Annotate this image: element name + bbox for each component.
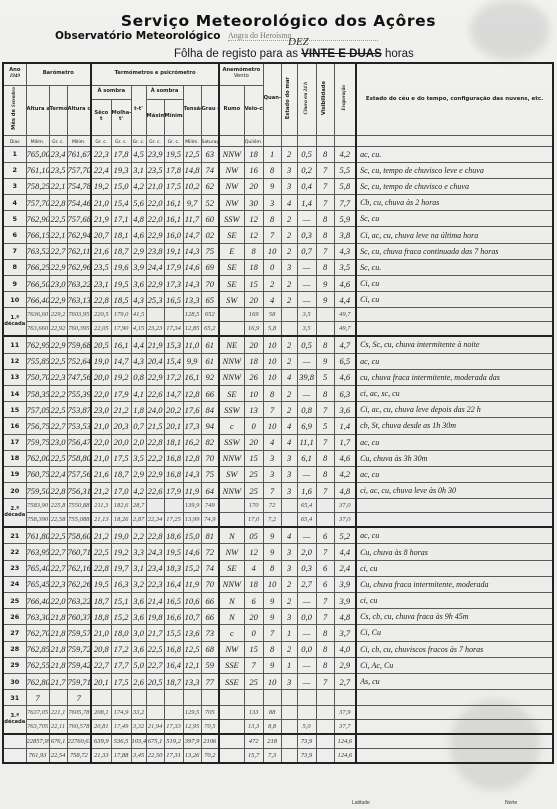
cell-pc: 757,70 bbox=[67, 162, 91, 178]
cell-v bbox=[244, 690, 263, 706]
cell-n: 8 bbox=[263, 641, 281, 657]
cell-tw: 19,6 bbox=[111, 259, 131, 275]
cell-ev: 3,9 bbox=[334, 593, 356, 609]
cell-n: 8 bbox=[263, 385, 281, 401]
table-row: 29762,5521,8759,4222,717,75,022,716,412,… bbox=[3, 657, 553, 673]
cell-dir: SE bbox=[219, 560, 244, 576]
cell-v: 0 bbox=[244, 418, 263, 434]
table-row: 19760,7522,4757,5621,618,72,922,916,814,… bbox=[3, 466, 553, 482]
decade-mn: 17,34 bbox=[164, 322, 183, 337]
cell-mn: 16,1 bbox=[164, 211, 183, 227]
cell-mx: 22,9 bbox=[146, 227, 164, 243]
unit-cell: Gr. c. bbox=[146, 135, 164, 146]
day-number: 7 bbox=[3, 243, 26, 259]
cell-ta: 22,8 bbox=[49, 195, 67, 211]
decade-ta: 229,2 bbox=[49, 308, 67, 322]
cell-sea: 2 bbox=[281, 402, 297, 418]
cell-ta: 22,7 bbox=[49, 560, 67, 576]
decade-dt: 2,87 bbox=[131, 513, 146, 528]
cell-sea: 4 bbox=[281, 527, 297, 544]
cell-u: 77 bbox=[201, 673, 219, 689]
cell-ta: 22,7 bbox=[49, 418, 67, 434]
cell-mn: 16,4 bbox=[164, 657, 183, 673]
decade-e: 12,95 bbox=[183, 720, 201, 735]
total-ta: 676,1 bbox=[49, 734, 67, 749]
decade-e: 13,99 bbox=[183, 513, 201, 528]
day-number: 19 bbox=[3, 466, 26, 482]
cell-ta: 23,5 bbox=[49, 162, 67, 178]
decade-sky bbox=[356, 308, 553, 322]
cell-ta: 21,7 bbox=[49, 673, 67, 689]
cell-e: 9,9 bbox=[183, 353, 201, 369]
table-row: 2761,1023,5757,7022,419,33,123,517,814,8… bbox=[3, 162, 553, 178]
total-v: 15,7 bbox=[244, 749, 263, 764]
cell-pc: 753,87 bbox=[67, 402, 91, 418]
cell-dt: 3,9 bbox=[131, 259, 146, 275]
cell-dir: N bbox=[219, 593, 244, 609]
cell-e: 10,6 bbox=[183, 593, 201, 609]
cell-sea: 2 bbox=[281, 243, 297, 259]
decade-u: 652 bbox=[201, 308, 219, 322]
day-number: 15 bbox=[3, 402, 26, 418]
cell-dt: 4,1 bbox=[131, 385, 146, 401]
cell-rain: — bbox=[297, 625, 316, 641]
decade-label: 2.ª década bbox=[3, 499, 26, 528]
cell-sea: 3 bbox=[281, 560, 297, 576]
table-row: 26763,3021,8760,3718,815,23,619,816,610,… bbox=[3, 609, 553, 625]
cell-mx: 22,7 bbox=[146, 657, 164, 673]
cell-mn: 18,1 bbox=[164, 434, 183, 450]
cell-pc: 762,96 bbox=[67, 259, 91, 275]
cell-t: 22,8 bbox=[91, 292, 111, 308]
decade-t: 21,13 bbox=[91, 513, 111, 528]
table-row: 6766,1522,1762,9420,718,14,622,916,014,7… bbox=[3, 227, 553, 243]
cell-e: 17,3 bbox=[183, 418, 201, 434]
cell-tw: 20,0 bbox=[111, 434, 131, 450]
cell-tw: 19,0 bbox=[111, 527, 131, 544]
cell-t: 20,7 bbox=[91, 227, 111, 243]
cell-ta: 22,4 bbox=[49, 466, 67, 482]
cell-sea: 2 bbox=[281, 593, 297, 609]
cell-rain: 0,2 bbox=[297, 162, 316, 178]
decade-n: 7,2 bbox=[263, 513, 281, 528]
cell-ta: 21,8 bbox=[49, 641, 67, 657]
cell-mx: 22,2 bbox=[146, 450, 164, 466]
cell-t: 21,9 bbox=[91, 211, 111, 227]
day-number: 13 bbox=[3, 369, 26, 385]
decade-rain: 3,5 bbox=[297, 308, 316, 322]
cell-sky: ci, ac, cu, chuva leve às 0h 30 bbox=[356, 483, 553, 499]
total-sea bbox=[281, 734, 297, 749]
cell-rain: 0,3 bbox=[297, 560, 316, 576]
cell-t: 20,0 bbox=[91, 369, 111, 385]
cell-tw: 17,5 bbox=[111, 450, 131, 466]
cell-dir: NW bbox=[219, 162, 244, 178]
decade-n: 72 bbox=[263, 499, 281, 513]
cell-v: 16 bbox=[244, 162, 263, 178]
shade-header-2: À sombra bbox=[146, 85, 183, 99]
cell-vis: 7 bbox=[316, 402, 334, 418]
table-row: 3758,2522,1754,7819,215,04,221,017,510,2… bbox=[3, 178, 553, 194]
cell-p: 762,85 bbox=[26, 641, 49, 657]
cell-dt: 3,6 bbox=[131, 593, 146, 609]
decade-t: 20,81 bbox=[91, 720, 111, 735]
decade-v: 13,3 bbox=[244, 720, 263, 735]
cell-sky: ac, cu bbox=[356, 466, 553, 482]
cell-n: 0 bbox=[263, 259, 281, 275]
cell-t bbox=[91, 690, 111, 706]
cell-u: 74 bbox=[201, 560, 219, 576]
cell-n: 10 bbox=[263, 243, 281, 259]
cell-t: 23,5 bbox=[91, 259, 111, 275]
total-dt: 3,45 bbox=[131, 749, 146, 764]
decade-u: 70,5 bbox=[201, 720, 219, 735]
cell-sky: Ci, cu bbox=[356, 276, 553, 292]
cell-ev: 5,5 bbox=[334, 162, 356, 178]
cell-mx: 23,5 bbox=[146, 162, 164, 178]
decade-sky bbox=[356, 720, 553, 735]
cell-dt: 5,0 bbox=[131, 657, 146, 673]
cell-v: 18 bbox=[244, 259, 263, 275]
cell-ev: 2,7 bbox=[334, 673, 356, 689]
cell-pc: 762,94 bbox=[67, 227, 91, 243]
unit-cell: Gr. c. bbox=[111, 135, 131, 146]
cell-v: 30 bbox=[244, 195, 263, 211]
cell-rain: — bbox=[297, 292, 316, 308]
unit-cell: Milím. bbox=[67, 135, 91, 146]
table-row: 27762,7021,8759,5721,018,03,021,715,513,… bbox=[3, 625, 553, 641]
wind-direction-header: Rumo bbox=[219, 85, 244, 135]
cell-u: 60 bbox=[201, 211, 219, 227]
decade-e: 139,9 bbox=[183, 499, 201, 513]
cell-tw: 17,8 bbox=[111, 146, 131, 162]
cell-sky: cu, chuva fraca intermitente, moderada d… bbox=[356, 369, 553, 385]
day-number: 1 bbox=[3, 146, 26, 162]
cell-p: 763,30 bbox=[26, 609, 49, 625]
day-number: 21 bbox=[3, 527, 26, 544]
cell-sea: 2 bbox=[281, 227, 297, 243]
cell-dt: 4,8 bbox=[131, 211, 146, 227]
cell-v: 4 bbox=[244, 560, 263, 576]
total-tw: 17,88 bbox=[111, 749, 131, 764]
table-row: 16756,7522,7753,5321,020,30,721,520,117,… bbox=[3, 418, 553, 434]
cell-pc: 757,68 bbox=[67, 211, 91, 227]
cell-sea: 3 bbox=[281, 162, 297, 178]
cell-e: 13,3 bbox=[183, 673, 201, 689]
decade-e: 128,5 bbox=[183, 308, 201, 322]
cell-n: 8 bbox=[263, 560, 281, 576]
cell-vis: 7 bbox=[316, 593, 334, 609]
cell-vis: 8 bbox=[316, 259, 334, 275]
total-rain: 73,9 bbox=[297, 734, 316, 749]
evaporation-header: Evaporação bbox=[334, 63, 356, 135]
total-rain: 73,9 bbox=[297, 749, 316, 764]
cell-e: 16,2 bbox=[183, 434, 201, 450]
cell-rain: 1,4 bbox=[297, 195, 316, 211]
cell-vis: 7 bbox=[316, 162, 334, 178]
day-number: 10 bbox=[3, 292, 26, 308]
cell-t: 20,1 bbox=[91, 673, 111, 689]
unit-cell bbox=[356, 135, 553, 146]
cell-sky: Sc, cu bbox=[356, 211, 553, 227]
cell-vis: 8 bbox=[316, 450, 334, 466]
cell-ta: 22,9 bbox=[49, 292, 67, 308]
decade-mn: 17,33 bbox=[164, 720, 183, 735]
cell-u: 73 bbox=[201, 625, 219, 641]
cell-mx: 22,6 bbox=[146, 385, 164, 401]
cell-p: 755,85 bbox=[26, 353, 49, 369]
decade-ev: 37,9 bbox=[334, 706, 356, 720]
cell-t: 21,0 bbox=[91, 625, 111, 641]
cell-e: 11,0 bbox=[183, 336, 201, 353]
cell-p: 766,50 bbox=[26, 276, 49, 292]
cell-mn: 15,3 bbox=[164, 336, 183, 353]
cell-v: 25 bbox=[244, 466, 263, 482]
cell-rain: — bbox=[297, 259, 316, 275]
cell-u: 65 bbox=[201, 292, 219, 308]
max-abs-header: Máxima absolu-ta bbox=[146, 99, 164, 135]
decade-label: 1.ª década bbox=[3, 308, 26, 337]
stain bbox=[470, 0, 550, 60]
dry-bulb-header: Sêcot bbox=[91, 99, 111, 135]
decade-dir bbox=[219, 706, 244, 720]
cell-sky: Cu, chuva às 8 horas bbox=[356, 544, 553, 560]
cell-ev: 6,5 bbox=[334, 353, 356, 369]
cell-vis: 9 bbox=[316, 292, 334, 308]
cell-mn: 15,4 bbox=[164, 353, 183, 369]
cell-p: 7 bbox=[26, 690, 49, 706]
cell-e: 11,9 bbox=[183, 576, 201, 592]
cell-ev: 4,4 bbox=[334, 544, 356, 560]
observation-table: Ano1949 Barómetro Termómetros e psicróme… bbox=[2, 62, 554, 764]
cell-tw: 21,2 bbox=[111, 402, 131, 418]
cell-ta: 22,3 bbox=[49, 576, 67, 592]
cell-sky: Ci, ac, cu, chuva leve na última hora bbox=[356, 227, 553, 243]
cell-n: 9 bbox=[263, 657, 281, 673]
decade-ta: 22,11 bbox=[49, 720, 67, 735]
cell-v: 20 bbox=[244, 336, 263, 353]
day-number: 8 bbox=[3, 259, 26, 275]
total-mn: 519,2 bbox=[164, 734, 183, 749]
cell-p: 750,70 bbox=[26, 369, 49, 385]
day-number: 25 bbox=[3, 593, 26, 609]
cell-n: 7 bbox=[263, 402, 281, 418]
cell-dt: 0,8 bbox=[131, 369, 146, 385]
cell-dir: NE bbox=[219, 336, 244, 353]
decade-p: 7583,90 bbox=[26, 499, 49, 513]
cell-dt: 4,2 bbox=[131, 178, 146, 194]
decade-tw: 18,26 bbox=[111, 513, 131, 528]
cell-e: 14,8 bbox=[183, 162, 201, 178]
cell-ta: 22,3 bbox=[49, 369, 67, 385]
cell-e: 16,1 bbox=[183, 369, 201, 385]
cell-pc: 763,13 bbox=[67, 292, 91, 308]
cell-mn: 18,7 bbox=[164, 673, 183, 689]
cell-rain: 0,5 bbox=[297, 336, 316, 353]
cell-vis: 8 bbox=[316, 625, 334, 641]
unit-cell bbox=[297, 135, 316, 146]
cell-sky: Cu, chuva às 3h 30m bbox=[356, 450, 553, 466]
cell-e: 12,5 bbox=[183, 146, 201, 162]
day-number: 12 bbox=[3, 353, 26, 369]
day-number: 24 bbox=[3, 576, 26, 592]
cell-ev: 3,8 bbox=[334, 227, 356, 243]
cell-ta: 21,8 bbox=[49, 609, 67, 625]
cell-rain: 1,6 bbox=[297, 483, 316, 499]
cell-n: 10 bbox=[263, 576, 281, 592]
cell-e: 12,8 bbox=[183, 385, 201, 401]
shade-header-1: À sombra bbox=[91, 85, 131, 99]
cell-u bbox=[201, 690, 219, 706]
cell-vis: 7 bbox=[316, 195, 334, 211]
decade-u: 705 bbox=[201, 706, 219, 720]
cell-vis: 7 bbox=[316, 544, 334, 560]
cell-t: 22,5 bbox=[91, 544, 111, 560]
cell-dir: SSW bbox=[219, 434, 244, 450]
cell-v: 15 bbox=[244, 641, 263, 657]
cell-n: 10 bbox=[263, 336, 281, 353]
decade-pc: 7550,88 bbox=[67, 499, 91, 513]
cell-sea: 2 bbox=[281, 276, 297, 292]
table-row: 11762,9522,9759,6820,516,14,421,915,311,… bbox=[3, 336, 553, 353]
total-label bbox=[3, 749, 26, 764]
cell-t: 22,4 bbox=[91, 162, 111, 178]
cell-ev: 4,0 bbox=[334, 641, 356, 657]
cell-dt: 4,3 bbox=[131, 353, 146, 369]
cell-tw: 17,9 bbox=[111, 385, 131, 401]
cell-p: 758,25 bbox=[26, 178, 49, 194]
cell-mn: 16,6 bbox=[164, 609, 183, 625]
cell-dir: NNW bbox=[219, 369, 244, 385]
cell-mn: 17,9 bbox=[164, 259, 183, 275]
cell-mx: 21,0 bbox=[146, 178, 164, 194]
cell-e: 13,3 bbox=[183, 292, 201, 308]
cell-tw: 19,3 bbox=[111, 162, 131, 178]
sheet-prefix: Fôlha de registo para as bbox=[174, 48, 298, 60]
cell-mx: 22,6 bbox=[146, 483, 164, 499]
cell-v: 12 bbox=[244, 211, 263, 227]
cell-ta: 22,7 bbox=[49, 243, 67, 259]
cell-p: 761,80 bbox=[26, 527, 49, 544]
cell-pc: 753,53 bbox=[67, 418, 91, 434]
cell-v: 10 bbox=[244, 385, 263, 401]
cell-vis bbox=[316, 690, 334, 706]
cell-dir: SSE bbox=[219, 657, 244, 673]
total-sky bbox=[356, 734, 553, 749]
cell-dir: NNW bbox=[219, 146, 244, 162]
cell-vis: 7 bbox=[316, 673, 334, 689]
decade-p: 763,705 bbox=[26, 720, 49, 735]
decade-ta: 22,92 bbox=[49, 322, 67, 337]
cell-sea: 2 bbox=[281, 211, 297, 227]
latitude-label: Latitude bbox=[352, 800, 370, 806]
cell-mx: 24,4 bbox=[146, 259, 164, 275]
cell-sea: 3 bbox=[281, 673, 297, 689]
cell-sea: 2 bbox=[281, 336, 297, 353]
cell-mx: 21,4 bbox=[146, 593, 164, 609]
total-dt: 103,4 bbox=[131, 734, 146, 749]
cell-rain: — bbox=[297, 673, 316, 689]
decade-row: 3.ª década7637,05221,17605,78208,1174,93… bbox=[3, 706, 553, 720]
decade-ta: 225,8 bbox=[49, 499, 67, 513]
cell-n: 9 bbox=[263, 527, 281, 544]
cell-t: 19,5 bbox=[91, 576, 111, 592]
cell-v: 25 bbox=[244, 483, 263, 499]
unit-cell: Milím. bbox=[26, 135, 49, 146]
cell-pc: 756,31 bbox=[67, 483, 91, 499]
decade-row: 758,39022,58755,08821,1318,262,8722,3417… bbox=[3, 513, 553, 528]
decade-mx bbox=[146, 499, 164, 513]
cell-vis: 8 bbox=[316, 211, 334, 227]
total-label bbox=[3, 734, 26, 749]
cell-rain: — bbox=[297, 211, 316, 227]
cell-pc: 760,71 bbox=[67, 544, 91, 560]
cell-ev: 1,7 bbox=[334, 434, 356, 450]
cell-pc: 759,57 bbox=[67, 625, 91, 641]
month-header: Mês de Setembro bbox=[3, 85, 26, 135]
decade-row: 2.ª década7583,90225,87550,88211,3182,62… bbox=[3, 499, 553, 513]
decade-dir bbox=[219, 513, 244, 528]
cell-t: 20,5 bbox=[91, 336, 111, 353]
cell-mn: 16,1 bbox=[164, 195, 183, 211]
decade-sky bbox=[356, 322, 553, 337]
cell-rain: — bbox=[297, 593, 316, 609]
cell-ev: 5,9 bbox=[334, 211, 356, 227]
cell-ta: 23,0 bbox=[49, 434, 67, 450]
total-t: 639,9 bbox=[91, 734, 111, 749]
decade-pc: 760,578 bbox=[67, 720, 91, 735]
decade-dt: 28,7 bbox=[131, 499, 146, 513]
cell-rain: 0,8 bbox=[297, 402, 316, 418]
cell-dt: 3,1 bbox=[131, 162, 146, 178]
cell-ev: 3,9 bbox=[334, 576, 356, 592]
cell-v: 12 bbox=[244, 544, 263, 560]
cell-rain: — bbox=[297, 466, 316, 482]
total-mx: 675,1 bbox=[146, 734, 164, 749]
cell-sky: Ci, ac, cu, chuva leve depois das 22 h bbox=[356, 402, 553, 418]
cell-tw: 20,3 bbox=[111, 418, 131, 434]
cell-vis: 7 bbox=[316, 178, 334, 194]
total-tw: 536,5 bbox=[111, 734, 131, 749]
cell-mn: 16,0 bbox=[164, 227, 183, 243]
cell-p: 759,75 bbox=[26, 434, 49, 450]
cell-e: 14,3 bbox=[183, 276, 201, 292]
total-ev: 124,6 bbox=[334, 749, 356, 764]
hour-handwritten: DEZ bbox=[288, 36, 309, 48]
wet-bulb-header: Molha-dot' bbox=[111, 99, 131, 135]
unit-cell: Gr. c. bbox=[91, 135, 111, 146]
cell-t: 22,3 bbox=[91, 146, 111, 162]
total-mn: 17,31 bbox=[164, 749, 183, 764]
cell-dir: SE bbox=[219, 385, 244, 401]
day-number: 14 bbox=[3, 385, 26, 401]
decade-mx: 21,94 bbox=[146, 720, 164, 735]
cell-mx: 21,9 bbox=[146, 336, 164, 353]
cell-n: 8 bbox=[263, 162, 281, 178]
decade-tw: 174,9 bbox=[111, 706, 131, 720]
decade-n: 8,8 bbox=[263, 720, 281, 735]
cell-mx: 19,8 bbox=[146, 609, 164, 625]
cell-u: 75 bbox=[201, 466, 219, 482]
cell-rain: — bbox=[297, 385, 316, 401]
cell-pc: 758,60 bbox=[67, 527, 91, 544]
cell-sea: 3 bbox=[281, 259, 297, 275]
cell-mn: 17,9 bbox=[164, 483, 183, 499]
cell-dir: E bbox=[219, 243, 244, 259]
cell-rain bbox=[297, 690, 316, 706]
table-row: 18762,0022,5758,8021,017,53,522,216,812,… bbox=[3, 450, 553, 466]
sea-state-header: Estado do mar bbox=[281, 63, 297, 135]
